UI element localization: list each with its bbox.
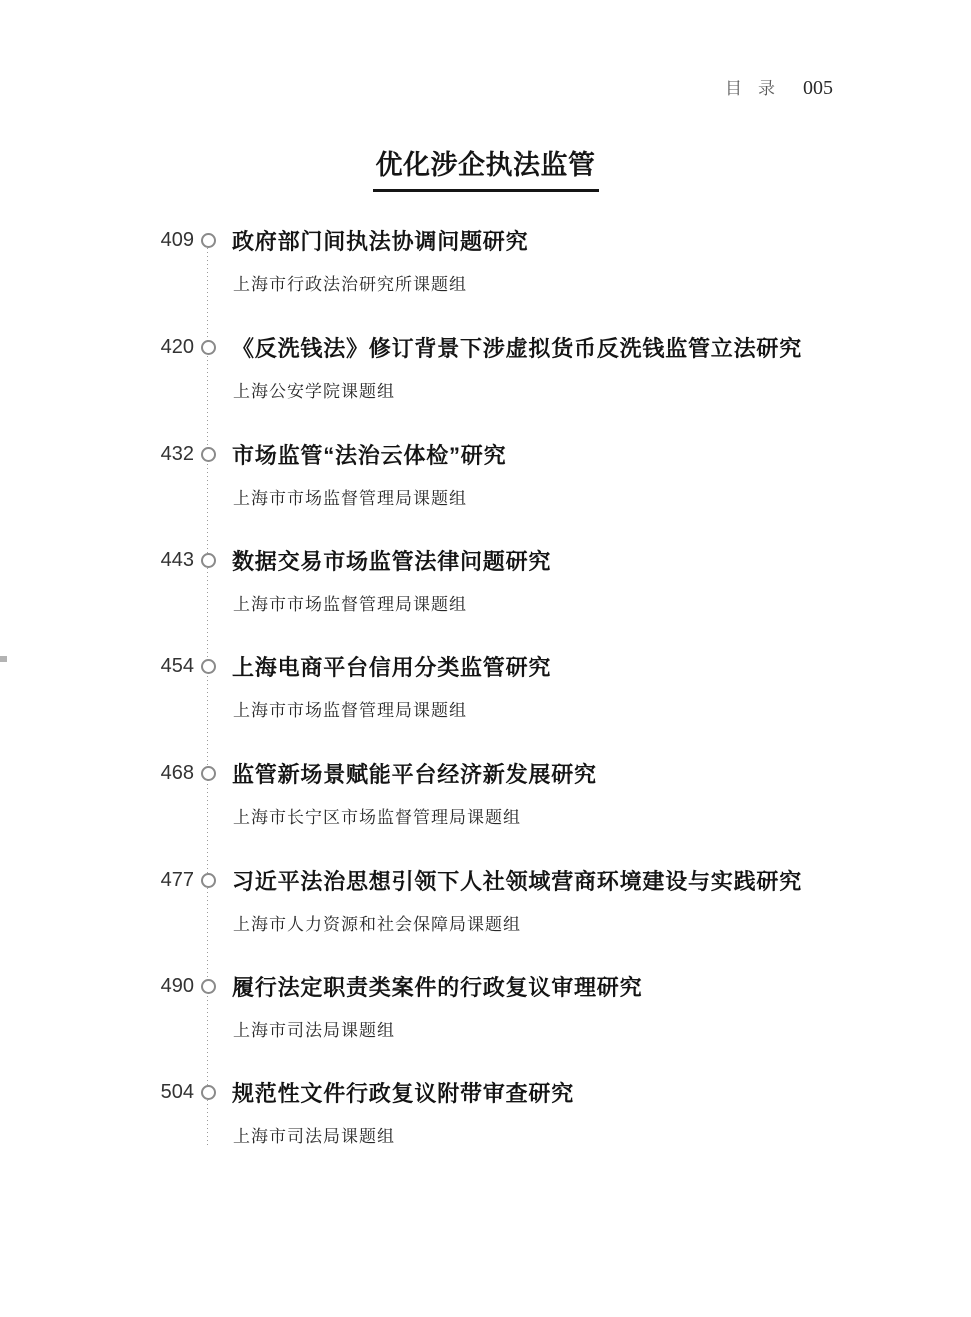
section-title-wrap: 优化涉企执法监管 xyxy=(0,143,971,192)
entry-title: 规范性文件行政复议附带审查研究 xyxy=(232,1077,574,1108)
entry-author: 上海公安学院课题组 xyxy=(233,377,900,402)
entry-title: 监管新场景赋能平台经济新发展研究 xyxy=(232,758,597,789)
entry-author: 上海市司法局课题组 xyxy=(233,1016,900,1041)
entry-title: 上海电商平台信用分类监管研究 xyxy=(232,651,551,682)
entry-page-number: 490 xyxy=(160,975,194,998)
entry-author: 上海市市场监督管理局课题组 xyxy=(233,590,900,615)
entry-author: 上海市人力资源和社会保障局课题组 xyxy=(233,910,900,935)
entry-page-number: 454 xyxy=(160,655,194,678)
entry-title: 数据交易市场监管法律问题研究 xyxy=(232,545,551,576)
entry-title: 履行法定职责类案件的行政复议审理研究 xyxy=(232,971,642,1002)
entry-page-number: 504 xyxy=(160,1081,194,1104)
entry-author: 上海市长宁区市场监督管理局课题组 xyxy=(233,803,900,828)
toc-entry-row: 504 规范性文件行政复议附带审查研究 xyxy=(160,1078,900,1106)
toc-entry-row: 420 《反洗钱法》修订背景下涉虚拟货币反洗钱监管立法研究 xyxy=(160,333,900,361)
entry-page-number: 477 xyxy=(160,869,194,892)
toc-entry-row: 432 市场监管“法治云体检”研究 xyxy=(160,440,900,468)
toc-entry-row: 477 习近平法治思想引领下人社领域营商环境建设与实践研究 xyxy=(160,866,900,894)
entry-page-number: 409 xyxy=(160,229,194,252)
toc-entry: 443 数据交易市场监管法律问题研究 上海市市场监督管理局课题组 xyxy=(160,546,900,615)
entry-page-number: 432 xyxy=(160,443,194,466)
toc-entry-row: 454 上海电商平台信用分类监管研究 xyxy=(160,652,900,680)
toc-entry: 454 上海电商平台信用分类监管研究 上海市市场监督管理局课题组 xyxy=(160,652,900,721)
ring-marker-icon xyxy=(201,979,216,994)
entry-author: 上海市市场监督管理局课题组 xyxy=(233,484,900,509)
ring-marker-icon xyxy=(201,766,216,781)
entry-page-number: 420 xyxy=(160,336,194,359)
toc-entry: 468 监管新场景赋能平台经济新发展研究 上海市长宁区市场监督管理局课题组 xyxy=(160,759,900,828)
toc-entry: 490 履行法定职责类案件的行政复议审理研究 上海市司法局课题组 xyxy=(160,972,900,1041)
ring-marker-icon xyxy=(201,873,216,888)
ring-marker-icon xyxy=(201,659,216,674)
toc-entry-row: 490 履行法定职责类案件的行政复议审理研究 xyxy=(160,972,900,1000)
entry-author: 上海市行政法治研究所课题组 xyxy=(233,270,900,295)
toc-entry: 420 《反洗钱法》修订背景下涉虚拟货币反洗钱监管立法研究 上海公安学院课题组 xyxy=(160,333,900,402)
section-title: 优化涉企执法监管 xyxy=(373,143,599,192)
toc-entry: 432 市场监管“法治云体检”研究 上海市市场监督管理局课题组 xyxy=(160,440,900,509)
entry-title: 市场监管“法治云体检”研究 xyxy=(232,439,506,470)
ring-marker-icon xyxy=(201,553,216,568)
document-page: 目录 005 优化涉企执法监管 409 政府部门间执法协调问题研究 上海市行政法… xyxy=(0,0,971,1317)
page-header: 目录 005 xyxy=(725,74,833,100)
ring-marker-icon xyxy=(201,447,216,462)
toc-entry-row: 443 数据交易市场监管法律问题研究 xyxy=(160,546,900,574)
entry-page-number: 468 xyxy=(160,762,194,785)
toc-entry-row: 409 政府部门间执法协调问题研究 xyxy=(160,226,900,254)
header-page-number: 005 xyxy=(803,77,833,100)
scan-artifact xyxy=(0,656,7,662)
entry-page-number: 443 xyxy=(160,549,194,572)
ring-marker-icon xyxy=(201,340,216,355)
entry-title: 《反洗钱法》修订背景下涉虚拟货币反洗钱监管立法研究 xyxy=(232,332,802,363)
toc-entry: 477 习近平法治思想引领下人社领域营商环境建设与实践研究 上海市人力资源和社会… xyxy=(160,866,900,935)
toc-entry: 504 规范性文件行政复议附带审查研究 上海市司法局课题组 xyxy=(160,1078,900,1147)
header-toc-label: 目录 xyxy=(725,74,791,99)
ring-marker-icon xyxy=(201,233,216,248)
toc-entry-row: 468 监管新场景赋能平台经济新发展研究 xyxy=(160,759,900,787)
toc-entry: 409 政府部门间执法协调问题研究 上海市行政法治研究所课题组 xyxy=(160,226,900,295)
entry-author: 上海市司法局课题组 xyxy=(233,1122,900,1147)
entry-title: 政府部门间执法协调问题研究 xyxy=(232,225,528,256)
entry-title: 习近平法治思想引领下人社领域营商环境建设与实践研究 xyxy=(232,865,802,896)
entry-author: 上海市市场监督管理局课题组 xyxy=(233,696,900,721)
ring-marker-icon xyxy=(201,1085,216,1100)
